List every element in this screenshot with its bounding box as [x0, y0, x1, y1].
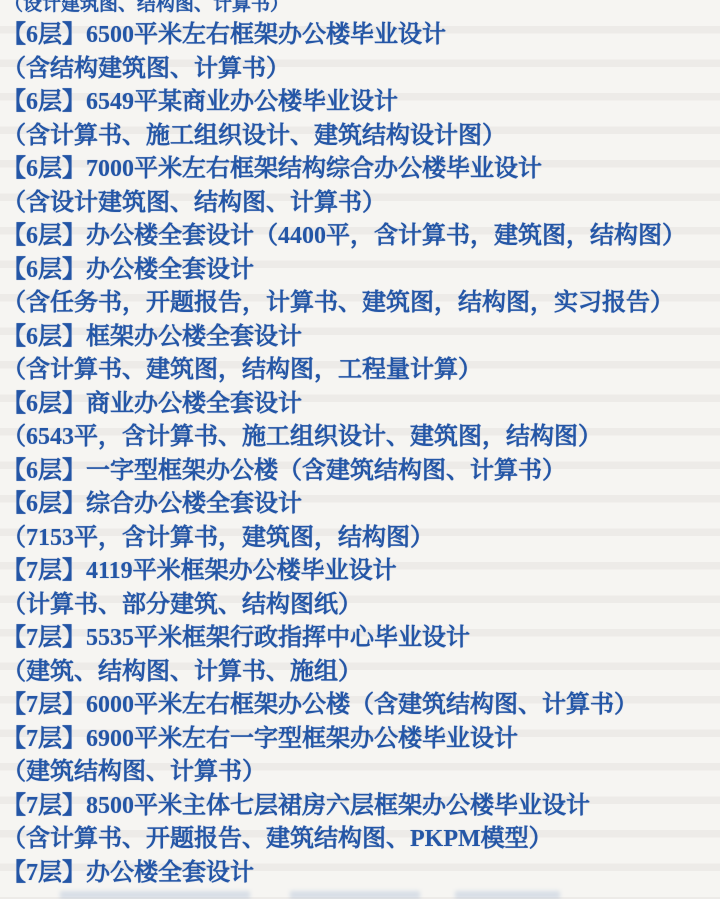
listing-line: 【6层】6549平某商业办公楼毕业设计	[0, 86, 720, 120]
listing-line: 【6层】一字型框架办公楼（含建筑结构图、计算书）	[0, 455, 720, 489]
listing-line: （建筑、结构图、计算书、施组）	[0, 656, 720, 690]
listing-line: 【6层】综合办公楼全套设计	[0, 488, 720, 522]
listing-line: （含设计建筑图、结构图、计算书）	[0, 187, 720, 221]
cropped-bottom-line	[0, 891, 720, 899]
listing-line: 【7层】办公楼全套设计	[0, 857, 720, 891]
listing-line: 【7层】4119平米框架办公楼毕业设计	[0, 555, 720, 589]
listing-line: （6543平，含计算书、施工组织设计、建筑图，结构图）	[0, 421, 720, 455]
listing-line: （计算书、部分建筑、结构图纸）	[0, 589, 720, 623]
listing-line: 【7层】6000平米左右框架办公楼（含建筑结构图、计算书）	[0, 689, 720, 723]
listing-line: 【7层】8500平米主体七层裙房六层框架办公楼毕业设计	[0, 790, 720, 824]
listing-line: （含任务书，开题报告，计算书、建筑图，结构图，实习报告）	[0, 287, 720, 321]
listing-line: （建筑结构图、计算书）	[0, 756, 720, 790]
listing-line: 【7层】6900平米左右一字型框架办公楼毕业设计	[0, 723, 720, 757]
listing-line: 【6层】7000平米左右框架结构综合办公楼毕业设计	[0, 153, 720, 187]
listing-line-partial: （设计建筑图、结构图、计算书）	[4, 0, 720, 18]
listing-line: （含计算书、施工组织设计、建筑结构设计图）	[0, 120, 720, 154]
listing-line: 【6层】商业办公楼全套设计	[0, 388, 720, 422]
listing-line: 【7层】5535平米框架行政指挥中心毕业设计	[0, 622, 720, 656]
listing-line: （含计算书、建筑图，结构图，工程量计算）	[0, 354, 720, 388]
project-listing-page: （设计建筑图、结构图、计算书） 【6层】6500平米左右框架办公楼毕业设计（含结…	[0, 0, 720, 899]
listing-lines: 【6层】6500平米左右框架办公楼毕业设计（含结构建筑图、计算书）【6层】654…	[0, 19, 720, 890]
listing-line: 【6层】6500平米左右框架办公楼毕业设计	[0, 19, 720, 53]
listing-line: 【6层】办公楼全套设计（4400平，含计算书，建筑图，结构图）	[0, 220, 720, 254]
cropped-top-line: （设计建筑图、结构图、计算书）	[0, 0, 720, 19]
listing-line: 【6层】办公楼全套设计	[0, 254, 720, 288]
listing-line: （含结构建筑图、计算书）	[0, 53, 720, 87]
listing-line: （含计算书、开题报告、建筑结构图、PKPM模型）	[0, 823, 720, 857]
listing-line: 【6层】框架办公楼全套设计	[0, 321, 720, 355]
listing-line: （7153平，含计算书，建筑图，结构图）	[0, 522, 720, 556]
